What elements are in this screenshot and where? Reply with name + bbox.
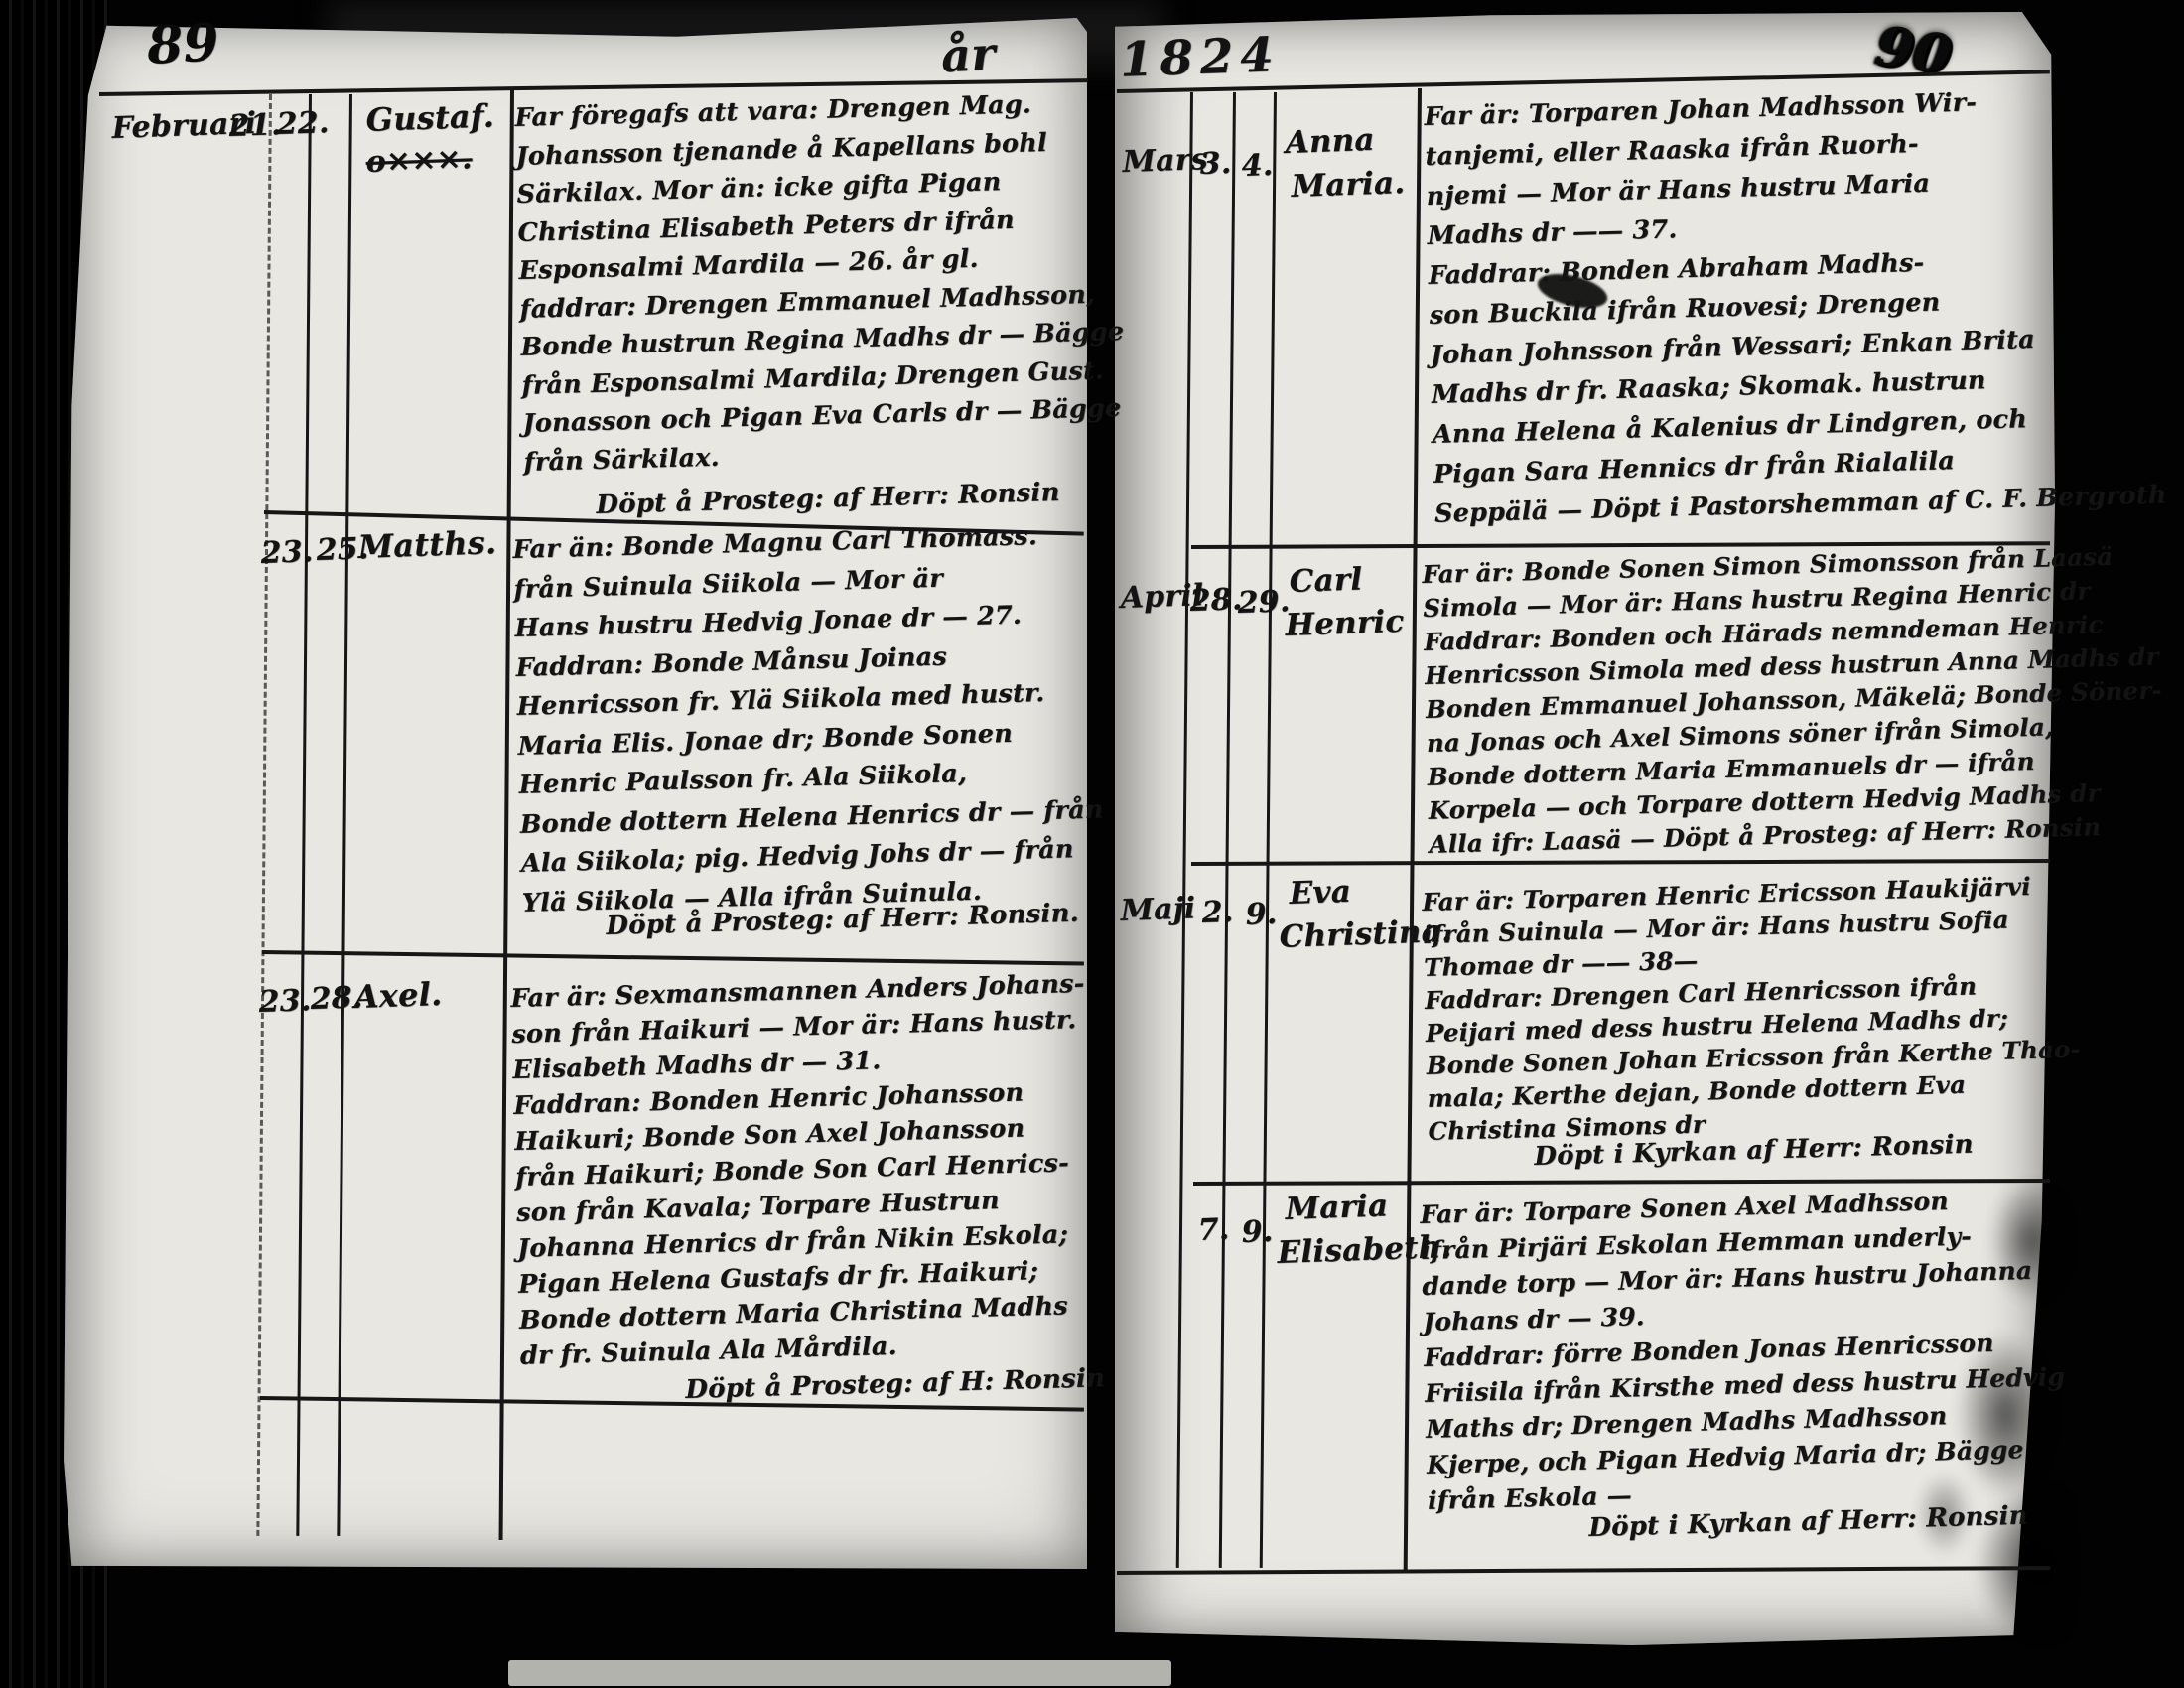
entry-date-born: 2. (1201, 895, 1234, 930)
entry-child-name-2: Maria. (1291, 165, 1406, 205)
year-word: år (940, 27, 997, 83)
entry-body: Far är: Torpare Sonen Axel Madhssonifrån… (1420, 1181, 2068, 1519)
entry-child-name: Axel. (353, 975, 443, 1016)
entry-date-born: 3. (1199, 146, 1232, 182)
entry-date-born: 23. (260, 534, 314, 571)
entry-child-name-2: Henric (1285, 604, 1405, 643)
entry-date-born: 28. (1189, 582, 1243, 619)
entry-date-baptized: 4. (1241, 148, 1274, 184)
entry-body: Far är: Bonde Sonen Simon Simonsson från… (1422, 539, 2166, 862)
entry-child-name: Carl (1289, 561, 1363, 600)
entry-body: Far än: Bonde Magnu Carl Thomass.från Su… (512, 516, 1106, 923)
page-number-left: 89 (145, 12, 220, 76)
entry-child-name: Eva (1289, 874, 1352, 912)
next-page-sliver (508, 1660, 1171, 1686)
entry-name-struck-text: o×××. (365, 141, 473, 180)
entry-body: Far är: Sexmansmannen Anders Johans-son … (510, 966, 1094, 1374)
entry-month: Maji (1120, 891, 1196, 928)
entry-child-name: Matths. (357, 523, 497, 566)
entry-date-baptized: 9. (1241, 1214, 1274, 1250)
microfilm-scan: { "header": { "page_number_left": "89", … (0, 0, 2184, 1688)
year-value: 1824 (1119, 27, 1281, 88)
entry-child-name: Maria (1285, 1188, 1389, 1227)
entry-body: Far är: Torparen Johan Madhsson Wir-tanj… (1424, 78, 2167, 534)
entry-date-baptized: 22. (276, 105, 330, 142)
entry-body: Far är: Torparen Henric Ericsson Haukijä… (1422, 869, 2083, 1148)
entry-child-name: Anna (1285, 122, 1375, 161)
entry-month: Mars (1122, 142, 1208, 180)
entry-date-baptized: 29. (1237, 584, 1291, 621)
entry-date-born: 7. (1197, 1212, 1230, 1248)
entry-date-baptized: 9. (1245, 897, 1278, 932)
entry-date-born: 23. (258, 983, 312, 1020)
entry-child-name: Gustaf. (365, 96, 495, 138)
entry-date-born: 21. (228, 107, 282, 144)
entry-body: Far föregafs att vara: Drengen Mag.Johan… (514, 83, 1128, 482)
